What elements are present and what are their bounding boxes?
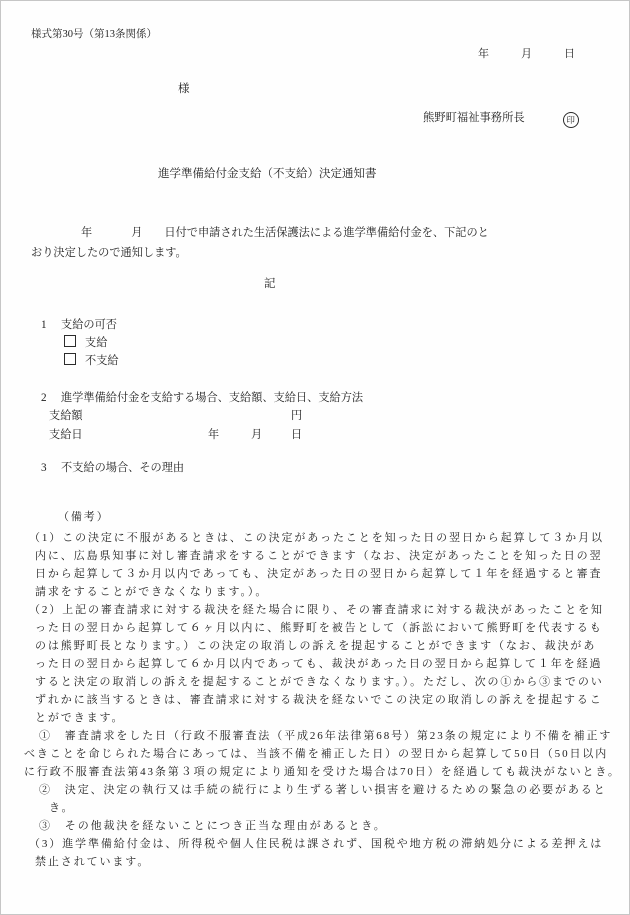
remarks-line: べきことを命じられた場合にあっては、当該不備を補正した日）の翌日から起算して50… bbox=[24, 745, 628, 763]
payment-date-day-label: 日 bbox=[291, 426, 302, 445]
issuer-title: 熊野町福祉事務所長 bbox=[423, 112, 525, 124]
remarks-line: ② 決定、決定の執行又は手続の続行により生ずる著しい損害を避けるための緊急の必要… bbox=[39, 781, 628, 799]
remarks-block: （備考） （1）この決定に不服があるときは、この決定があったことを知った日の翌日… bbox=[24, 506, 628, 871]
remarks-line: に行政不服審査法第43条第３項の規定により通知を受けた場合は70日）を経過しても… bbox=[24, 763, 628, 781]
section1-number: 1 bbox=[41, 316, 61, 334]
section2-title: 進学準備給付金を支給する場合、支給額、支給日、支給方法 bbox=[61, 392, 363, 404]
remarks-line: （1）この決定に不服があるときは、この決定があったことを知った日の翌日から起算し… bbox=[29, 529, 628, 547]
notice-paragraph: 年月日付で申請された生活保護法による進学準備給付金を、下記のと おり決定したので… bbox=[31, 223, 601, 263]
remarks-line: （3）進学準備給付金は、所得税や個人住民税は課されず、国税や地方税の滞納処分によ… bbox=[29, 835, 628, 853]
ki-marker: 記 bbox=[264, 275, 276, 291]
notice-line1-text: 日付で申請された生活保護法による進学準備給付金を、下記のと bbox=[164, 227, 488, 239]
issuer-line: 熊野町福祉事務所長印 bbox=[423, 109, 579, 128]
amount-label: 支給額 bbox=[49, 407, 83, 426]
document-page: 様式第30号（第13条関係） 年月日 様 熊野町福祉事務所長印 進学準備給付金支… bbox=[0, 0, 630, 915]
notice-line-2: おり決定したので通知します。 bbox=[31, 243, 601, 263]
remarks-line: （2）上記の審査請求に対する裁決を経た場合に限り、その審査請求に対する裁決があっ… bbox=[29, 601, 628, 619]
remarks-line: った日の翌日から起算して６ヶ月以内に、熊野町を被告として（訴訟において熊野町を代… bbox=[35, 619, 628, 637]
remarks-line: 内に、広島県知事に対し審査請求をすることができます（なお、決定があったことを知っ… bbox=[35, 547, 628, 565]
option-no-pay: 不支給 bbox=[64, 352, 611, 370]
issue-date-year-label: 年 bbox=[478, 48, 489, 60]
remarks-line: 請求をすることができなくなります。）。 bbox=[35, 583, 628, 601]
remarks-line: すると決定の取消しの訴えを提起することができなくなります。）。ただし、次の①から… bbox=[35, 673, 628, 691]
option-pay-label: 支給 bbox=[85, 337, 107, 349]
remarks-line: ① 審査請求をした日（行政不服審査法（平成26年法律第68号）第23条の規定によ… bbox=[39, 727, 628, 745]
issue-date: 年月日 bbox=[478, 45, 575, 61]
payment-date-month-label: 月 bbox=[251, 426, 262, 445]
remarks-line: き。 bbox=[49, 799, 628, 817]
remarks-line: ③ その他裁決を経ないことにつき正当な理由があるとき。 bbox=[39, 817, 628, 835]
remarks-line: 日から起算して３か月以内であっても、決定があった日の翌日から起算して１年を経過す… bbox=[35, 565, 628, 583]
option-pay: 支給 bbox=[64, 334, 611, 352]
seal-icon: 印 bbox=[563, 112, 579, 128]
section2-heading: 2進学準備給付金を支給する場合、支給額、支給日、支給方法 bbox=[41, 389, 611, 407]
checkbox-no-pay[interactable] bbox=[64, 353, 76, 365]
notice-month-label: 月 bbox=[131, 227, 142, 239]
section2-number: 2 bbox=[41, 389, 61, 407]
section1-heading: 1支給の可否 bbox=[41, 316, 611, 334]
amount-row: 支給額 円 bbox=[41, 407, 611, 426]
remarks-line: とができます。 bbox=[35, 709, 628, 727]
notice-year-label: 年 bbox=[81, 227, 92, 239]
payment-date-year-label: 年 bbox=[208, 426, 219, 445]
issue-date-day-label: 日 bbox=[564, 48, 575, 60]
payment-date-row: 支給日 年 月 日 bbox=[41, 426, 611, 445]
section-nonpayment-reason: 3不支給の場合、その理由 bbox=[41, 459, 611, 477]
remarks-line: 禁止されています。 bbox=[35, 853, 628, 871]
remarks-line: のは熊野町長となります。）この決定の取消しの訴えを提起することができます（なお、… bbox=[35, 637, 628, 655]
section-payment-details: 2進学準備給付金を支給する場合、支給額、支給日、支給方法 支給額 円 支給日 年… bbox=[41, 389, 611, 445]
remarks-line: った日の翌日から起算して６か月以内であっても、裁決があった日の翌日から起算して１… bbox=[35, 655, 628, 673]
section3-title: 不支給の場合、その理由 bbox=[61, 462, 184, 474]
remarks-line: ずれかに該当するときは、審査請求に対する裁決を経ないでこの決定の取消しの訴えを提… bbox=[35, 691, 628, 709]
section3-number: 3 bbox=[41, 459, 61, 477]
remarks-heading: （備考） bbox=[58, 506, 628, 529]
amount-unit-label: 円 bbox=[291, 407, 302, 426]
section1-title: 支給の可否 bbox=[61, 319, 117, 331]
checkbox-pay[interactable] bbox=[64, 335, 76, 347]
addressee-honorific: 様 bbox=[178, 80, 190, 96]
page-title: 進学準備給付金支給（不支給）決定通知書 bbox=[158, 165, 377, 181]
section-payment-decision: 1支給の可否 支給 不支給 bbox=[41, 316, 611, 370]
form-number: 様式第30号（第13条関係） bbox=[31, 26, 157, 41]
payment-date-label: 支給日 bbox=[49, 426, 83, 445]
option-no-pay-label: 不支給 bbox=[85, 355, 119, 367]
notice-line-1: 年月日付で申請された生活保護法による進学準備給付金を、下記のと bbox=[31, 223, 601, 243]
section3-heading: 3不支給の場合、その理由 bbox=[41, 459, 611, 477]
issue-date-month-label: 月 bbox=[521, 48, 532, 60]
